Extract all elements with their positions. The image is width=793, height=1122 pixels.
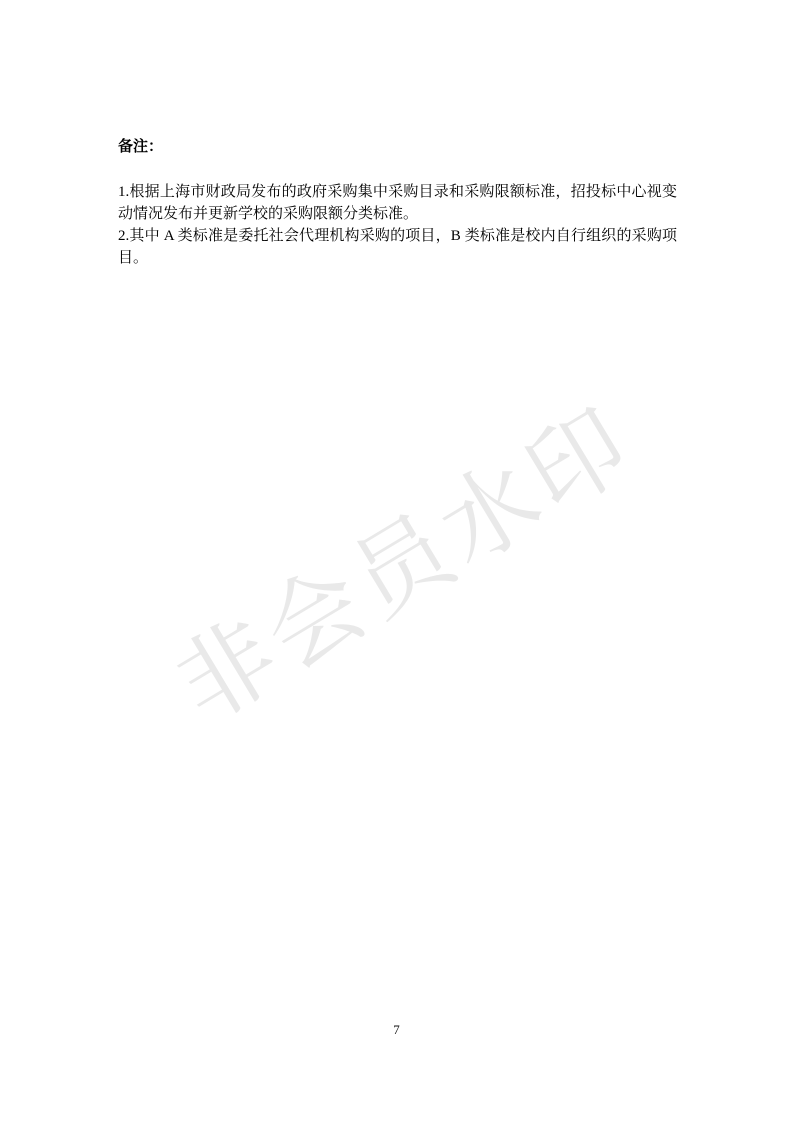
note-paragraph-1: 1.根据上海市财政局发布的政府采购集中采购目录和采购限额标准，招投标中心视变动情…: [118, 181, 677, 225]
document-content: 备注： 1.根据上海市财政局发布的政府采购集中采购目录和采购限额标准，招投标中心…: [118, 136, 677, 269]
notes-heading: 备注：: [118, 136, 677, 158]
page-number: 7: [0, 1022, 793, 1038]
note-paragraph-2: 2.其中 A 类标准是委托社会代理机构采购的项目，B 类标准是校内自行组织的采购…: [118, 225, 677, 269]
watermark-text: 非会员水印: [147, 368, 655, 748]
document-page: 非会员水印 备注： 1.根据上海市财政局发布的政府采购集中采购目录和采购限额标准…: [0, 0, 793, 1122]
